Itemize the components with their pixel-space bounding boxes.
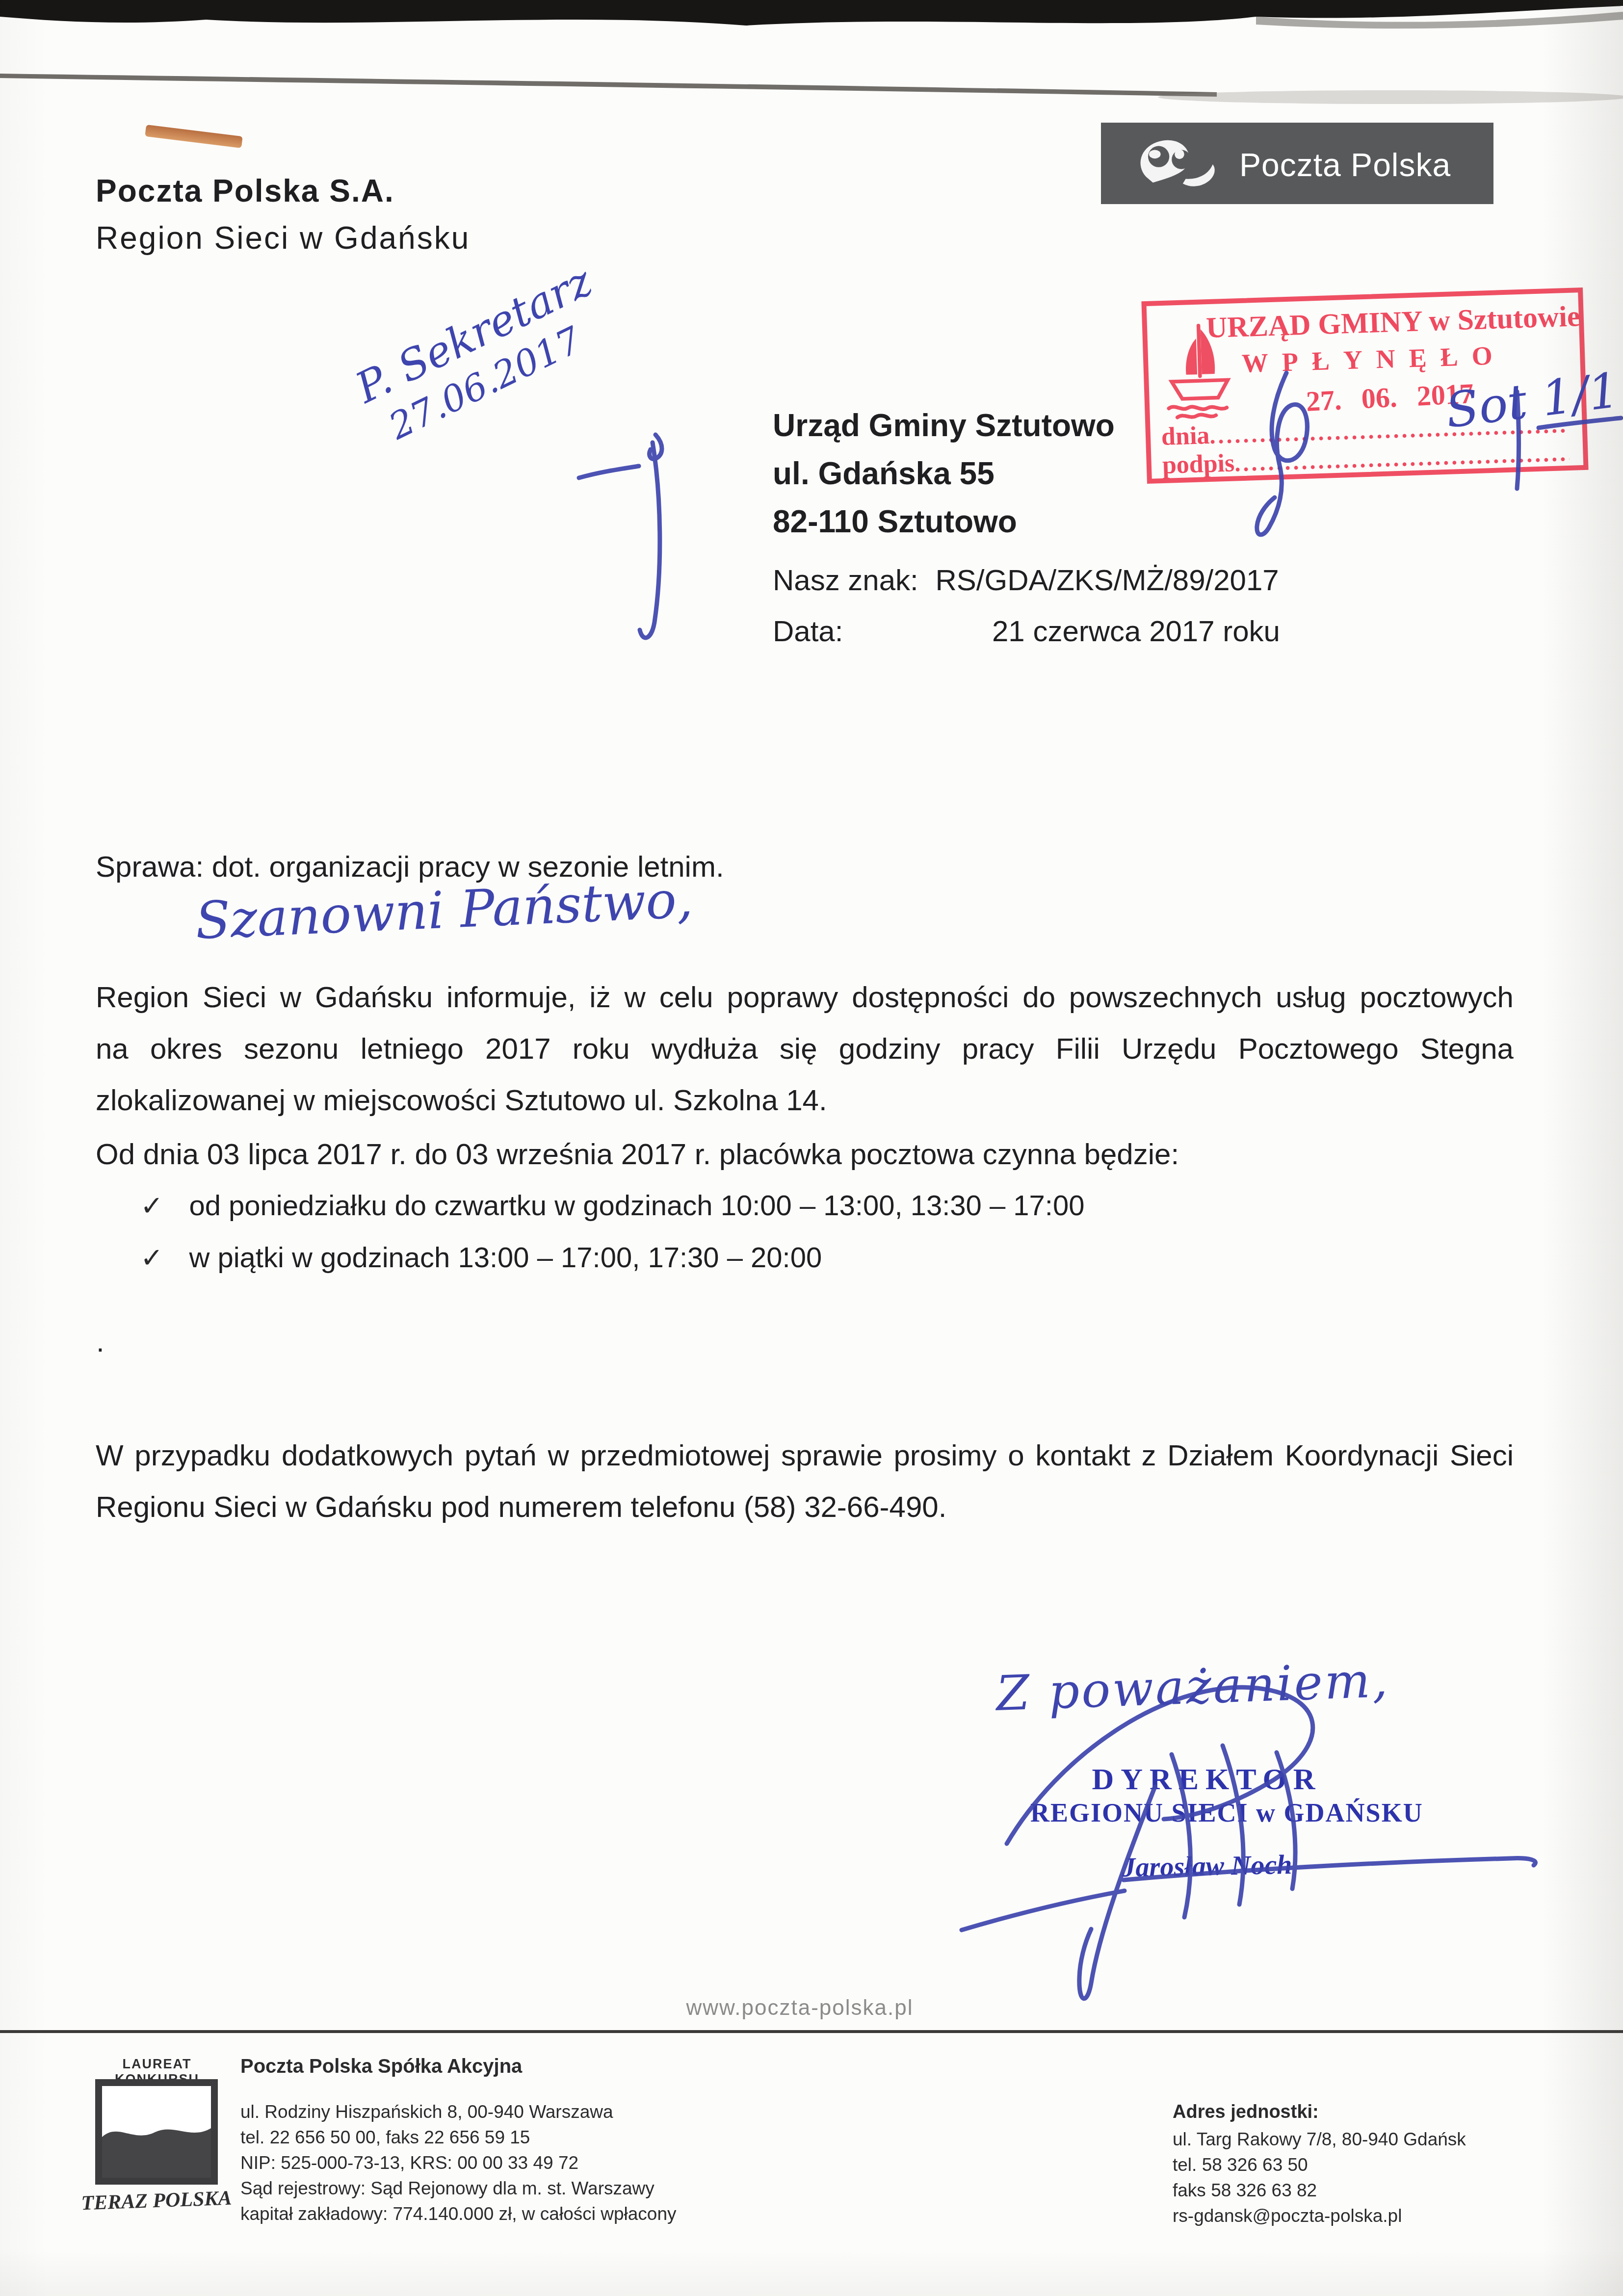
highlighter-mark: [145, 125, 242, 148]
check-icon: ✓: [140, 1242, 163, 1273]
postal-horn-icon: [1129, 134, 1226, 192]
footer-company-court: Sąd rejestrowy: Sąd Rejonowy dla m. st. …: [240, 2179, 654, 2197]
stamp-received-label: WPŁYNĘŁO: [1202, 339, 1546, 380]
body-paragraph1-line1: Region Sieci w Gdańsku informuje, iż w c…: [96, 980, 1514, 1014]
director-name: Jarosław Noch: [1030, 1848, 1384, 1885]
sender-company: Poczta Polska S.A.: [96, 173, 394, 209]
footer-company-nip-krs: NIP: 525-000-73-13, KRS: 00 00 33 49 72: [240, 2154, 578, 2172]
sender-region: Region Sieci w Gdańsku: [96, 220, 470, 256]
director-title-line1: DYREKTOR: [1030, 1762, 1384, 1797]
schedule-intro: Od dnia 03 lipca 2017 r. do 03 września …: [96, 1137, 1179, 1171]
stamp-office-name: URZĄD GMINY w Sztutowie: [1205, 300, 1570, 345]
logo-wordmark: Poczta Polska: [1239, 146, 1451, 183]
award-name: TERAZ POLSKA: [80, 2187, 233, 2216]
footer-divider: [0, 2030, 1623, 2033]
footer-unit-address: ul. Targ Rakowy 7/8, 80-940 Gdańsk: [1173, 2130, 1466, 2148]
date-row-label: Data:: [773, 614, 843, 648]
stamp-podpis-label: podpis: [1162, 449, 1235, 479]
reference-number-value: RS/GDA/ZKS/MŻ/89/2017: [935, 564, 1279, 597]
scanned-letter-page: { "header": { "company_line1": "Poczta P…: [0, 0, 1623, 2296]
recipient-street: ul. Gdańska 55: [773, 455, 995, 492]
date-row-value: 21 czerwca 2017 roku: [992, 614, 1280, 648]
stray-period: .: [96, 1325, 105, 1358]
bullet-text: od poniedziałku do czwartku w godzinach …: [189, 1190, 1084, 1222]
contact-paragraph-line2: Regionu Sieci w Gdańsku pod numerem tele…: [96, 1490, 946, 1524]
footer-company-phone: tel. 22 656 50 00, faks 22 656 59 15: [240, 2128, 530, 2146]
teraz-polska-flag-icon: [95, 2079, 218, 2185]
body-paragraph1-line2: na okres sezonu letniego 2017 roku wydłu…: [96, 1032, 1514, 1066]
handwritten-secretary-note: P. Sekretarz 27.06.2017: [348, 257, 620, 453]
footer-company-capital: kapitał zakładowy: 774.140.000 zł, w cał…: [240, 2205, 677, 2223]
website-watermark: www.poczta-polska.pl: [0, 1996, 1599, 2020]
director-title-line2: REGIONU SIECI w GDAŃSKU: [1030, 1798, 1384, 1828]
reference-number-row: Nasz znak: RS/GDA/ZKS/MŻ/89/2017: [773, 563, 1279, 597]
footer-company-address: ul. Rodziny Hiszpańskich 8, 00-940 Warsz…: [240, 2103, 613, 2121]
reference-number-label: Nasz znak:: [773, 564, 918, 597]
schedule-bullet-row: ✓ od poniedziałku do czwartku w godzinac…: [140, 1189, 1084, 1222]
check-icon: ✓: [140, 1190, 163, 1221]
scan-artifact-top: [0, 0, 1623, 113]
footer-company-name: Poczta Polska Spółka Akcyjna: [240, 2057, 522, 2076]
footer-unit-phone: tel. 58 326 63 50: [1173, 2156, 1308, 2174]
footer-unit-title: Adres jednostki:: [1173, 2103, 1319, 2121]
footer-unit-fax: faks 58 326 63 82: [1173, 2181, 1317, 2199]
schedule-bullet-row: ✓ w piątki w godzinach 13:00 – 17:00, 17…: [140, 1241, 822, 1274]
recipient-name: Urząd Gminy Sztutowo: [773, 407, 1115, 444]
handwritten-closing: Z poważaniem,: [995, 1652, 1390, 1722]
footer-unit-email: rs-gdansk@poczta-polska.pl: [1173, 2207, 1402, 2225]
bullet-text: w piątki w godzinach 13:00 – 17:00, 17:3…: [189, 1242, 822, 1274]
body-paragraph1-line3: zlokalizowanej w miejscowości Sztutowo u…: [96, 1083, 827, 1117]
recipient-city: 82-110 Sztutowo: [773, 503, 1017, 540]
poczta-polska-logo: Poczta Polska: [1101, 123, 1493, 204]
contact-paragraph-line1: W przypadku dodatkowych pytań w przedmio…: [96, 1438, 1514, 1472]
stamp-dnia-label: dnia: [1161, 421, 1210, 451]
